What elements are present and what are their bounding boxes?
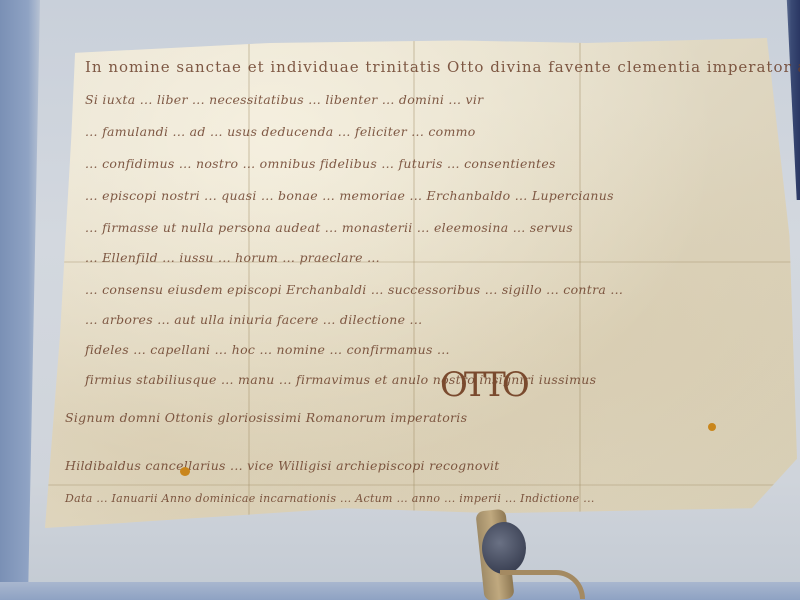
text-line: Signum domni Ottonis gloriosissimi Roman… [65, 410, 467, 425]
fold-line [45, 484, 797, 486]
text-line: ... episcopi nostri ... quasi ... bonae … [85, 188, 614, 203]
text-line: ... arbores ... aut ulla iniuria facere … [85, 312, 422, 327]
text-line: fideles ... capellani ... hoc ... nomine… [85, 342, 450, 357]
imperial-monogram: OTTO [440, 365, 526, 405]
text-line: Data ... Ianuarii Anno dominicae incarna… [65, 492, 595, 505]
text-line: Si iuxta ... liber ... necessitatibus ..… [85, 92, 483, 107]
wax-seal [482, 522, 526, 574]
text-line: ... consensu eiusdem episcopi Erchanbald… [85, 282, 623, 297]
text-line: ... famulandi ... ad ... usus deducenda … [85, 124, 476, 139]
wax-spot [708, 423, 716, 431]
wax-spot [180, 467, 190, 476]
blue-table-bottom [0, 582, 800, 600]
seal-cord-tail [500, 570, 585, 599]
text-line: In nomine sanctae et individuae trinitat… [85, 58, 800, 76]
blue-table-edge [0, 0, 40, 600]
text-line: ... Ellenfild ... iussu ... horum ... pr… [85, 250, 380, 265]
text-line: ... confidimus ... nostro ... omnibus fi… [85, 156, 556, 171]
text-line: ... firmasse ut nulla persona audeat ...… [85, 220, 573, 235]
text-line: Hildibaldus cancellarius ... vice Willig… [65, 458, 500, 473]
